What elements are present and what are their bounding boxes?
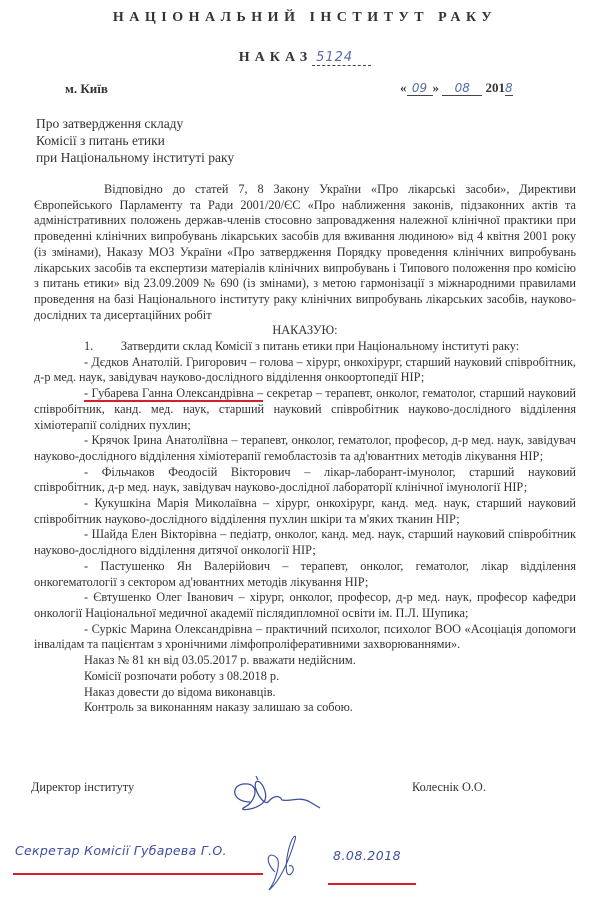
order-heading: НАКАЗУЮ: xyxy=(34,323,576,339)
date-month: 08 xyxy=(442,81,482,96)
red-underline xyxy=(13,873,263,875)
institute-name: НАЦІОНАЛЬНИЙ ІНСТИТУТ РАКУ xyxy=(0,10,610,26)
director-signature-icon xyxy=(220,772,330,822)
closing-item: Комісії розпочати роботу з 08.2018 р. xyxy=(34,669,576,685)
member-name: Фільчаков Феодосій Вікторович xyxy=(102,465,291,479)
item-1-number: 1. xyxy=(84,339,93,353)
secretary-signature-icon xyxy=(255,830,325,900)
member-name: Кукушкіна Марія Миколаївна xyxy=(94,496,256,510)
signature-row: Директор інституту Колеснік О.О. xyxy=(0,772,610,822)
date-year-prefix: 201 xyxy=(486,80,506,95)
member-entry: - Шайда Елен Вікторівна – педіатр, онкол… xyxy=(34,527,576,558)
members-list: - Дєдков Анатолій. Григорович – голова –… xyxy=(34,355,576,653)
closing-item: Контроль за виконанням наказу залишаю за… xyxy=(34,700,576,716)
member-entry: - Кукушкіна Марія Миколаївна – хірург, о… xyxy=(34,496,576,527)
order-title-line: НАКАЗ5124 xyxy=(0,50,610,66)
date-year-suffix: 8 xyxy=(505,81,513,96)
item-1: 1. Затвердити склад Комісії з питань ети… xyxy=(34,339,576,355)
member-name: Євтушенко Олег Іванович xyxy=(93,590,233,604)
closing-items: Наказ № 81 кн від 03.05.2017 р. вважати … xyxy=(34,653,576,716)
member-entry: - Губарева Ганна Олександрівна – секрета… xyxy=(34,386,576,433)
member-entry: - Пастушенко Ян Валерійович – терапевт, … xyxy=(34,559,576,590)
member-entry: - Суркіс Марина Олександрівна – практичн… xyxy=(34,622,576,653)
subject-line: Комісії з питань етики xyxy=(36,132,234,149)
item-1-text: Затвердити склад Комісії з питань етики … xyxy=(121,339,519,353)
preamble: Відповідно до статей 7, 8 Закону України… xyxy=(34,182,576,323)
handwritten-secretary-note: Секретар Комісії Губарева Г.О. xyxy=(15,843,227,858)
closing-item: Наказ довести до відома виконавців. xyxy=(34,685,576,701)
red-underline xyxy=(328,883,416,885)
director-label: Директор інституту xyxy=(31,780,134,795)
subject-line: Про затвердження складу xyxy=(36,115,234,132)
order-label: НАКАЗ xyxy=(239,50,312,65)
member-name: Шайда Елен Вікторівна xyxy=(92,527,217,541)
member-name: Губарева Ганна Олександрівна – xyxy=(92,386,264,400)
member-entry: - Дєдков Анатолій. Григорович – голова –… xyxy=(34,355,576,386)
member-entry: - Крячок Ірина Анатоліївна – терапевт, о… xyxy=(34,433,576,464)
subject-block: Про затвердження складу Комісії з питань… xyxy=(36,115,234,166)
order-number: 5124 xyxy=(312,50,371,66)
order-body: Відповідно до статей 7, 8 Закону України… xyxy=(34,182,576,716)
handwritten-date: 8.08.2018 xyxy=(333,848,401,863)
highlighted-name: - Губарева Ганна Олександрівна – xyxy=(84,386,263,402)
subject-line: при Національному інституті раку xyxy=(36,149,234,166)
director-name: Колеснік О.О. xyxy=(412,780,486,795)
order-date: «09» 08 2018 xyxy=(400,80,513,96)
member-entry: - Євтушенко Олег Іванович – хірург, онко… xyxy=(34,590,576,621)
member-name: Пастушенко Ян Валерійович xyxy=(100,559,270,573)
member-name: Дєдков Анатолій. Григорович xyxy=(91,355,246,369)
closing-item: Наказ № 81 кн від 03.05.2017 р. вважати … xyxy=(34,653,576,669)
member-entry: - Фільчаков Феодосій Вікторович – лікар-… xyxy=(34,465,576,496)
member-name: Суркіс Марина Олександрівна xyxy=(92,622,253,636)
city: м. Київ xyxy=(65,81,108,97)
member-name: Крячок Ірина Анатоліївна xyxy=(91,433,228,447)
date-day: 09 xyxy=(407,81,433,96)
